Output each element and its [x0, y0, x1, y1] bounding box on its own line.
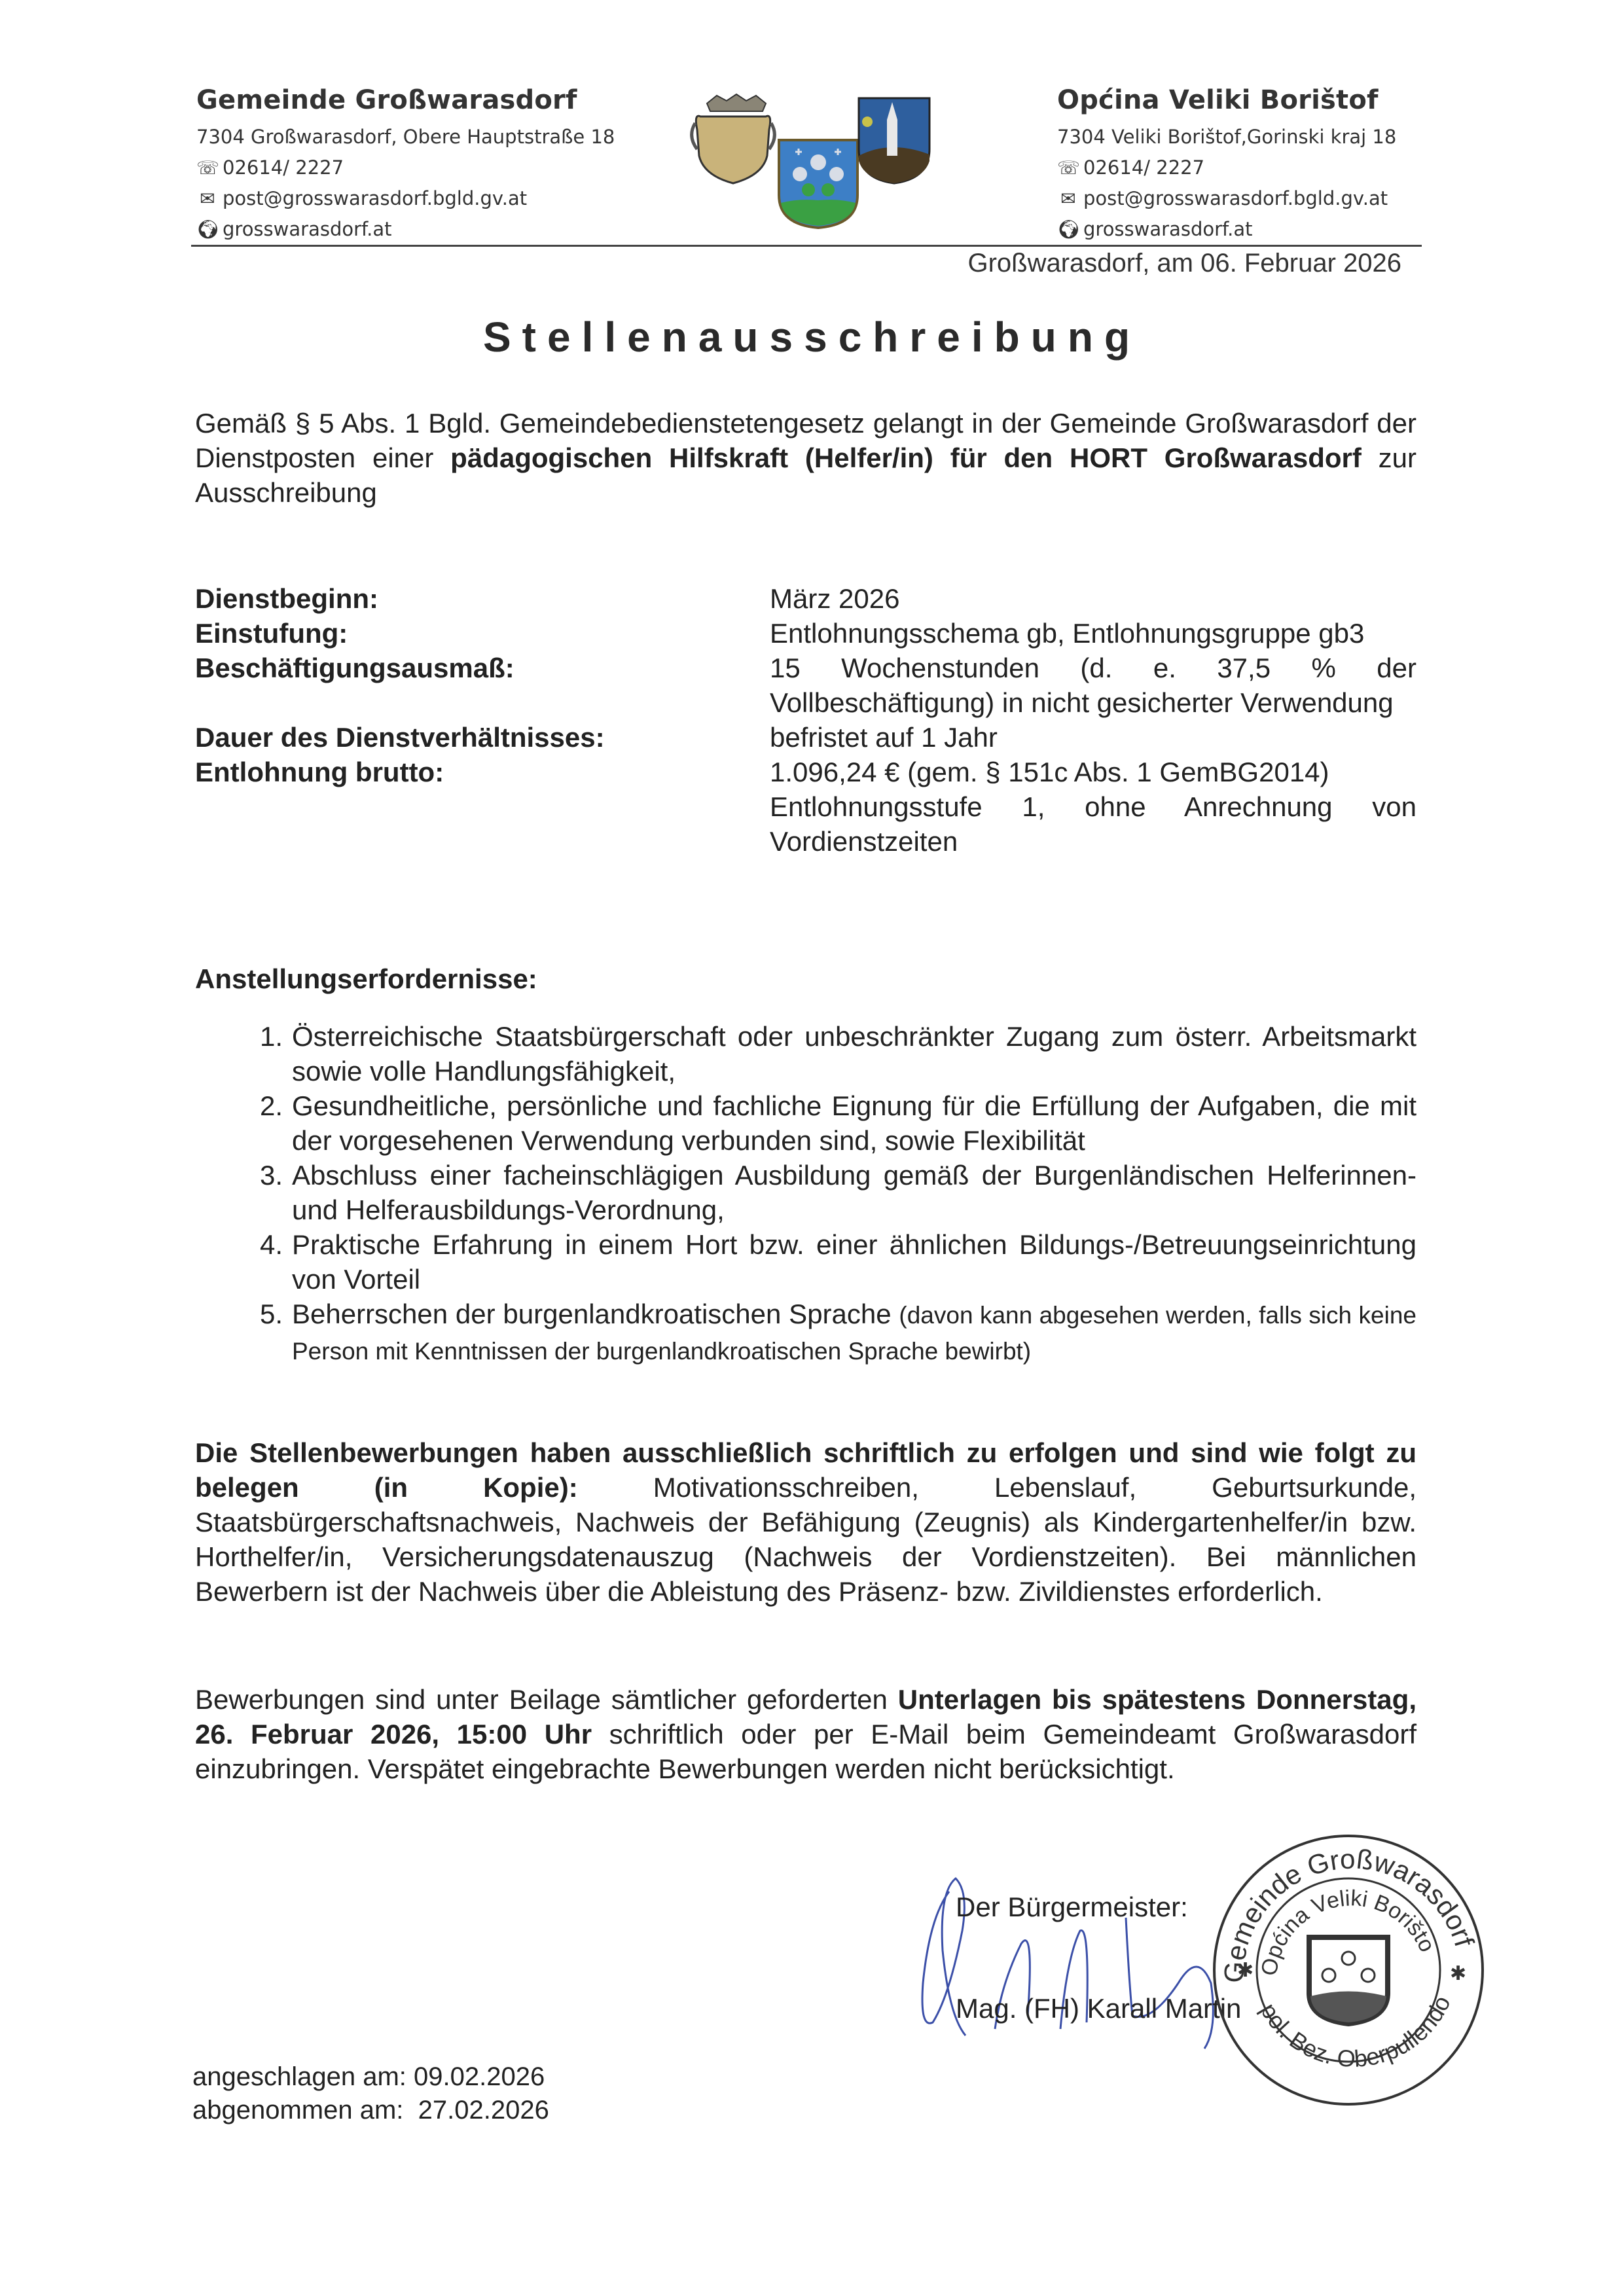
deadline-text: Bewerbungen sind unter Beilage sämtliche… — [195, 1684, 898, 1715]
phone-number: 02614/ 2227 — [1083, 156, 1204, 179]
item-text: Abschluss einer facheinschlägigen Ausbil… — [292, 1158, 1416, 1227]
telephone-icon: ☏ — [1057, 152, 1079, 183]
date-line: Großwarasdorf, am 06. Februar 2026 — [967, 249, 1401, 278]
globe-icon: 🌍︎ — [196, 214, 219, 245]
item-number: 3. — [195, 1158, 292, 1227]
posting-dates: angeschlagen am: 09.02.2026 abgenommen a… — [192, 2060, 549, 2127]
crest-blue-roses-icon — [779, 140, 857, 228]
email-line: ✉post@grosswarasdorf.bgld.gv.at — [196, 183, 615, 214]
intro-paragraph: Gemäß § 5 Abs. 1 Bgld. Gemeindebedienste… — [195, 406, 1416, 510]
list-item: 1.Österreichische Staatsbürgerschaft ode… — [195, 1019, 1416, 1088]
coats-of-arms — [681, 77, 943, 234]
municipality-name: Gemeinde Großwarasdorf — [196, 85, 615, 115]
fact-label: Entlohnung brutto: — [195, 755, 770, 859]
crest-church-icon — [859, 98, 929, 183]
fact-row-extent: Beschäftigungsausmaß: 15 Wochenstunden (… — [195, 651, 1416, 720]
email-link[interactable]: post@grosswarasdorf.bgld.gv.at — [1083, 187, 1388, 209]
web-line: 🌍︎grosswarasdorf.at — [196, 214, 615, 245]
fact-row-classification: Einstufung: Entlohnungsschema gb, Entloh… — [195, 616, 1416, 651]
requirements-heading: Anstellungserfordernisse: — [195, 963, 537, 995]
letterhead-right: Općina Veliki Borištof 7304 Veliki Boriš… — [1057, 85, 1396, 245]
website-link[interactable]: grosswarasdorf.at — [223, 218, 391, 240]
item-number: 5. — [195, 1297, 292, 1369]
fact-value: befristet auf 1 Jahr — [770, 720, 1416, 755]
envelope-icon: ✉ — [1057, 183, 1079, 214]
email-link[interactable]: post@grosswarasdorf.bgld.gv.at — [223, 187, 527, 209]
website-link[interactable]: grosswarasdorf.at — [1083, 218, 1252, 240]
item-number: 1. — [195, 1019, 292, 1088]
document-title: Stellenausschreibung — [0, 313, 1624, 361]
signature-label: Der Bürgermeister: — [956, 1892, 1188, 1923]
globe-icon: 🌍︎ — [1057, 214, 1079, 245]
phone-line: ☏02614/ 2227 — [196, 152, 615, 183]
fact-row-salary: Entlohnung brutto: 1.096,24 € (gem. § 15… — [195, 755, 1416, 859]
web-line: 🌍︎grosswarasdorf.at — [1057, 214, 1396, 245]
item-number: 2. — [195, 1088, 292, 1158]
requirements-list: 1.Österreichische Staatsbürgerschaft ode… — [195, 1019, 1416, 1369]
phone-number: 02614/ 2227 — [223, 156, 344, 179]
envelope-icon: ✉ — [196, 183, 219, 214]
fact-value: März 2026 — [770, 581, 1416, 616]
item-text: Österreichische Staatsbürgerschaft oder … — [292, 1019, 1416, 1088]
letterhead-divider — [191, 245, 1422, 247]
fact-row-start: Dienstbeginn: März 2026 — [195, 581, 1416, 616]
item-text: Praktische Erfahrung in einem Hort bzw. … — [292, 1227, 1416, 1297]
application-paragraph: Die Stellenbewerbungen haben ausschließl… — [195, 1435, 1416, 1609]
telephone-icon: ☏ — [196, 152, 219, 183]
salary-note: Entlohnungsstufe 1, ohne Anrechnung von … — [770, 789, 1416, 859]
fact-row-duration: Dauer des Dienstverhältnisses: befristet… — [195, 720, 1416, 755]
item-main-text: Beherrschen der burgenlandkroatischen Sp… — [292, 1299, 899, 1329]
list-item: 4.Praktische Erfahrung in einem Hort bzw… — [195, 1227, 1416, 1297]
official-stamp: Gemeinde Großwarasdorf Općina Veliki Bor… — [1198, 1820, 1499, 2121]
item-text: Beherrschen der burgenlandkroatischen Sp… — [292, 1297, 1416, 1369]
crest-gold-crown-icon — [692, 94, 775, 183]
fact-label: Einstufung: — [195, 616, 770, 651]
position-facts: Dienstbeginn: März 2026 Einstufung: Entl… — [195, 581, 1416, 859]
fact-label: Dauer des Dienstverhältnisses: — [195, 720, 770, 755]
fact-label: Beschäftigungsausmaß: — [195, 651, 770, 720]
phone-line: ☏02614/ 2227 — [1057, 152, 1396, 183]
list-item: 3.Abschluss einer facheinschlägigen Ausb… — [195, 1158, 1416, 1227]
fact-value: 15 Wochenstunden (d. e. 37,5 % der Vollb… — [770, 651, 1416, 720]
svg-text:✱: ✱ — [1450, 1963, 1466, 1984]
position-title: pädagogischen Hilfskraft (Helfer/in) für… — [450, 442, 1362, 473]
fact-value: Entlohnungsschema gb, Entlohnungsgruppe … — [770, 616, 1416, 651]
removed-on: abgenommen am: 27.02.2026 — [192, 2094, 549, 2127]
email-line: ✉post@grosswarasdorf.bgld.gv.at — [1057, 183, 1396, 214]
list-item: 5.Beherrschen der burgenlandkroatischen … — [195, 1297, 1416, 1369]
municipality-name-croatian: Općina Veliki Borištof — [1057, 85, 1396, 115]
posted-on: angeschlagen am: 09.02.2026 — [192, 2060, 549, 2094]
deadline-paragraph: Bewerbungen sind unter Beilage sämtliche… — [195, 1682, 1416, 1786]
item-text: Gesundheitliche, persönliche und fachlic… — [292, 1088, 1416, 1158]
list-item: 2.Gesundheitliche, persönliche und fachl… — [195, 1088, 1416, 1158]
svg-text:✱: ✱ — [1237, 1960, 1254, 1981]
address: 7304 Großwarasdorf, Obere Hauptstraße 18 — [196, 122, 615, 152]
fact-value: 1.096,24 € (gem. § 151c Abs. 1 GemBG2014… — [770, 755, 1416, 859]
item-number: 4. — [195, 1227, 292, 1297]
address: 7304 Veliki Borištof,Gorinski kraj 18 — [1057, 122, 1396, 152]
letterhead-left: Gemeinde Großwarasdorf 7304 Großwarasdor… — [196, 85, 615, 245]
salary-amount: 1.096,24 € (gem. § 151c Abs. 1 GemBG2014… — [770, 757, 1329, 787]
fact-label: Dienstbeginn: — [195, 581, 770, 616]
